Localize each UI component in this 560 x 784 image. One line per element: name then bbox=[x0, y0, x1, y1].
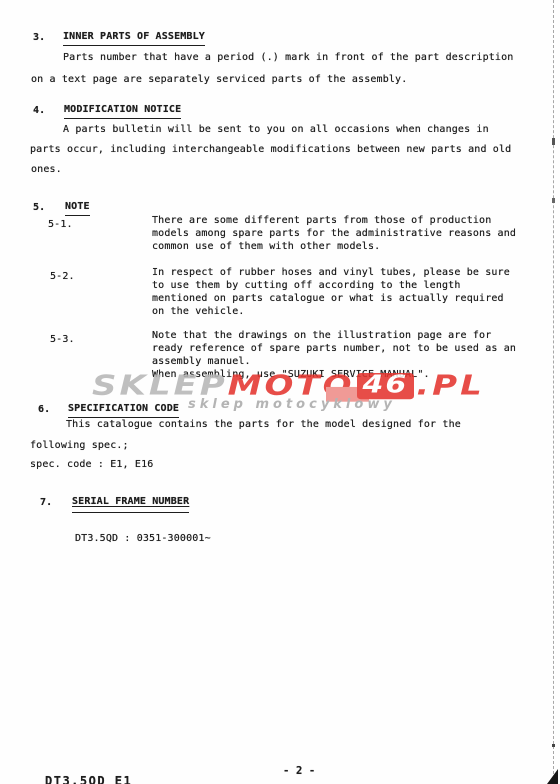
note-5-2-line: to use them by cutting off according to … bbox=[152, 279, 461, 292]
section-3-line: Parts number that have a period (.) mark… bbox=[63, 51, 513, 64]
note-5-3-line: assembly manuel. bbox=[152, 355, 251, 368]
section-4-number: 4. bbox=[33, 104, 45, 117]
note-5-1-line: common use of them with other models. bbox=[152, 240, 380, 253]
section-4-line: A parts bulletin will be sent to you on … bbox=[63, 123, 489, 136]
note-5-2-line: In respect of rubber hoses and vinyl tub… bbox=[152, 266, 510, 279]
page-corner-mark bbox=[547, 769, 558, 784]
section-6-line: spec. code : E1, E16 bbox=[30, 458, 153, 471]
edge-tick-mark bbox=[552, 138, 555, 145]
section-4-line: ones. bbox=[31, 163, 62, 176]
section-3-heading: INNER PARTS OF ASSEMBLY bbox=[63, 30, 205, 46]
watermark-subtitle: sklep motocyklowy bbox=[188, 397, 396, 412]
page-edge-line bbox=[553, 0, 554, 784]
section-3-number: 3. bbox=[33, 31, 45, 44]
footer-model-code: DT3.5QD E1 bbox=[45, 775, 132, 784]
edge-tick-mark bbox=[552, 198, 555, 203]
note-5-1-line: models among spare parts for the adminis… bbox=[152, 227, 516, 240]
section-6-heading: SPECIFICATION CODE bbox=[68, 402, 179, 418]
note-5-3-line: When assembling, use "SUZUKI SERVICE MAN… bbox=[152, 368, 430, 381]
section-6-line: following spec.; bbox=[30, 439, 129, 452]
note-5-1-number: 5-1. bbox=[48, 218, 73, 231]
page-number: - 2 - bbox=[283, 765, 315, 778]
section-5-number: 5. bbox=[33, 201, 45, 214]
note-5-2-line: mentioned on parts catalogue or what is … bbox=[152, 292, 504, 305]
scanned-parts-catalogue-page: 3. INNER PARTS OF ASSEMBLY Parts number … bbox=[0, 0, 560, 784]
section-7-heading: SERIAL FRAME NUMBER bbox=[72, 495, 189, 513]
section-6-line: This catalogue contains the parts for th… bbox=[66, 418, 461, 431]
section-6-number: 6. bbox=[38, 403, 50, 416]
serial-frame-number-value: DT3.5QD : 0351-300001~ bbox=[75, 532, 211, 545]
note-5-3-number: 5-3. bbox=[50, 333, 75, 346]
section-5-heading: NOTE bbox=[65, 200, 90, 216]
note-5-2-line: on the vehicle. bbox=[152, 305, 245, 318]
note-5-3-line: Note that the drawings on the illustrati… bbox=[152, 329, 491, 342]
section-4-line: parts occur, including interchangeable m… bbox=[30, 143, 511, 156]
section-7-number: 7. bbox=[40, 496, 52, 509]
note-5-2-number: 5-2. bbox=[50, 270, 75, 283]
section-3-line: on a text page are separately serviced p… bbox=[31, 73, 407, 86]
edge-dot-mark bbox=[552, 744, 555, 747]
section-4-heading: MODIFICATION NOTICE bbox=[64, 103, 181, 119]
note-5-1-line: There are some different parts from thos… bbox=[152, 214, 491, 227]
note-5-3-line: ready reference of spare parts number, n… bbox=[152, 342, 516, 355]
